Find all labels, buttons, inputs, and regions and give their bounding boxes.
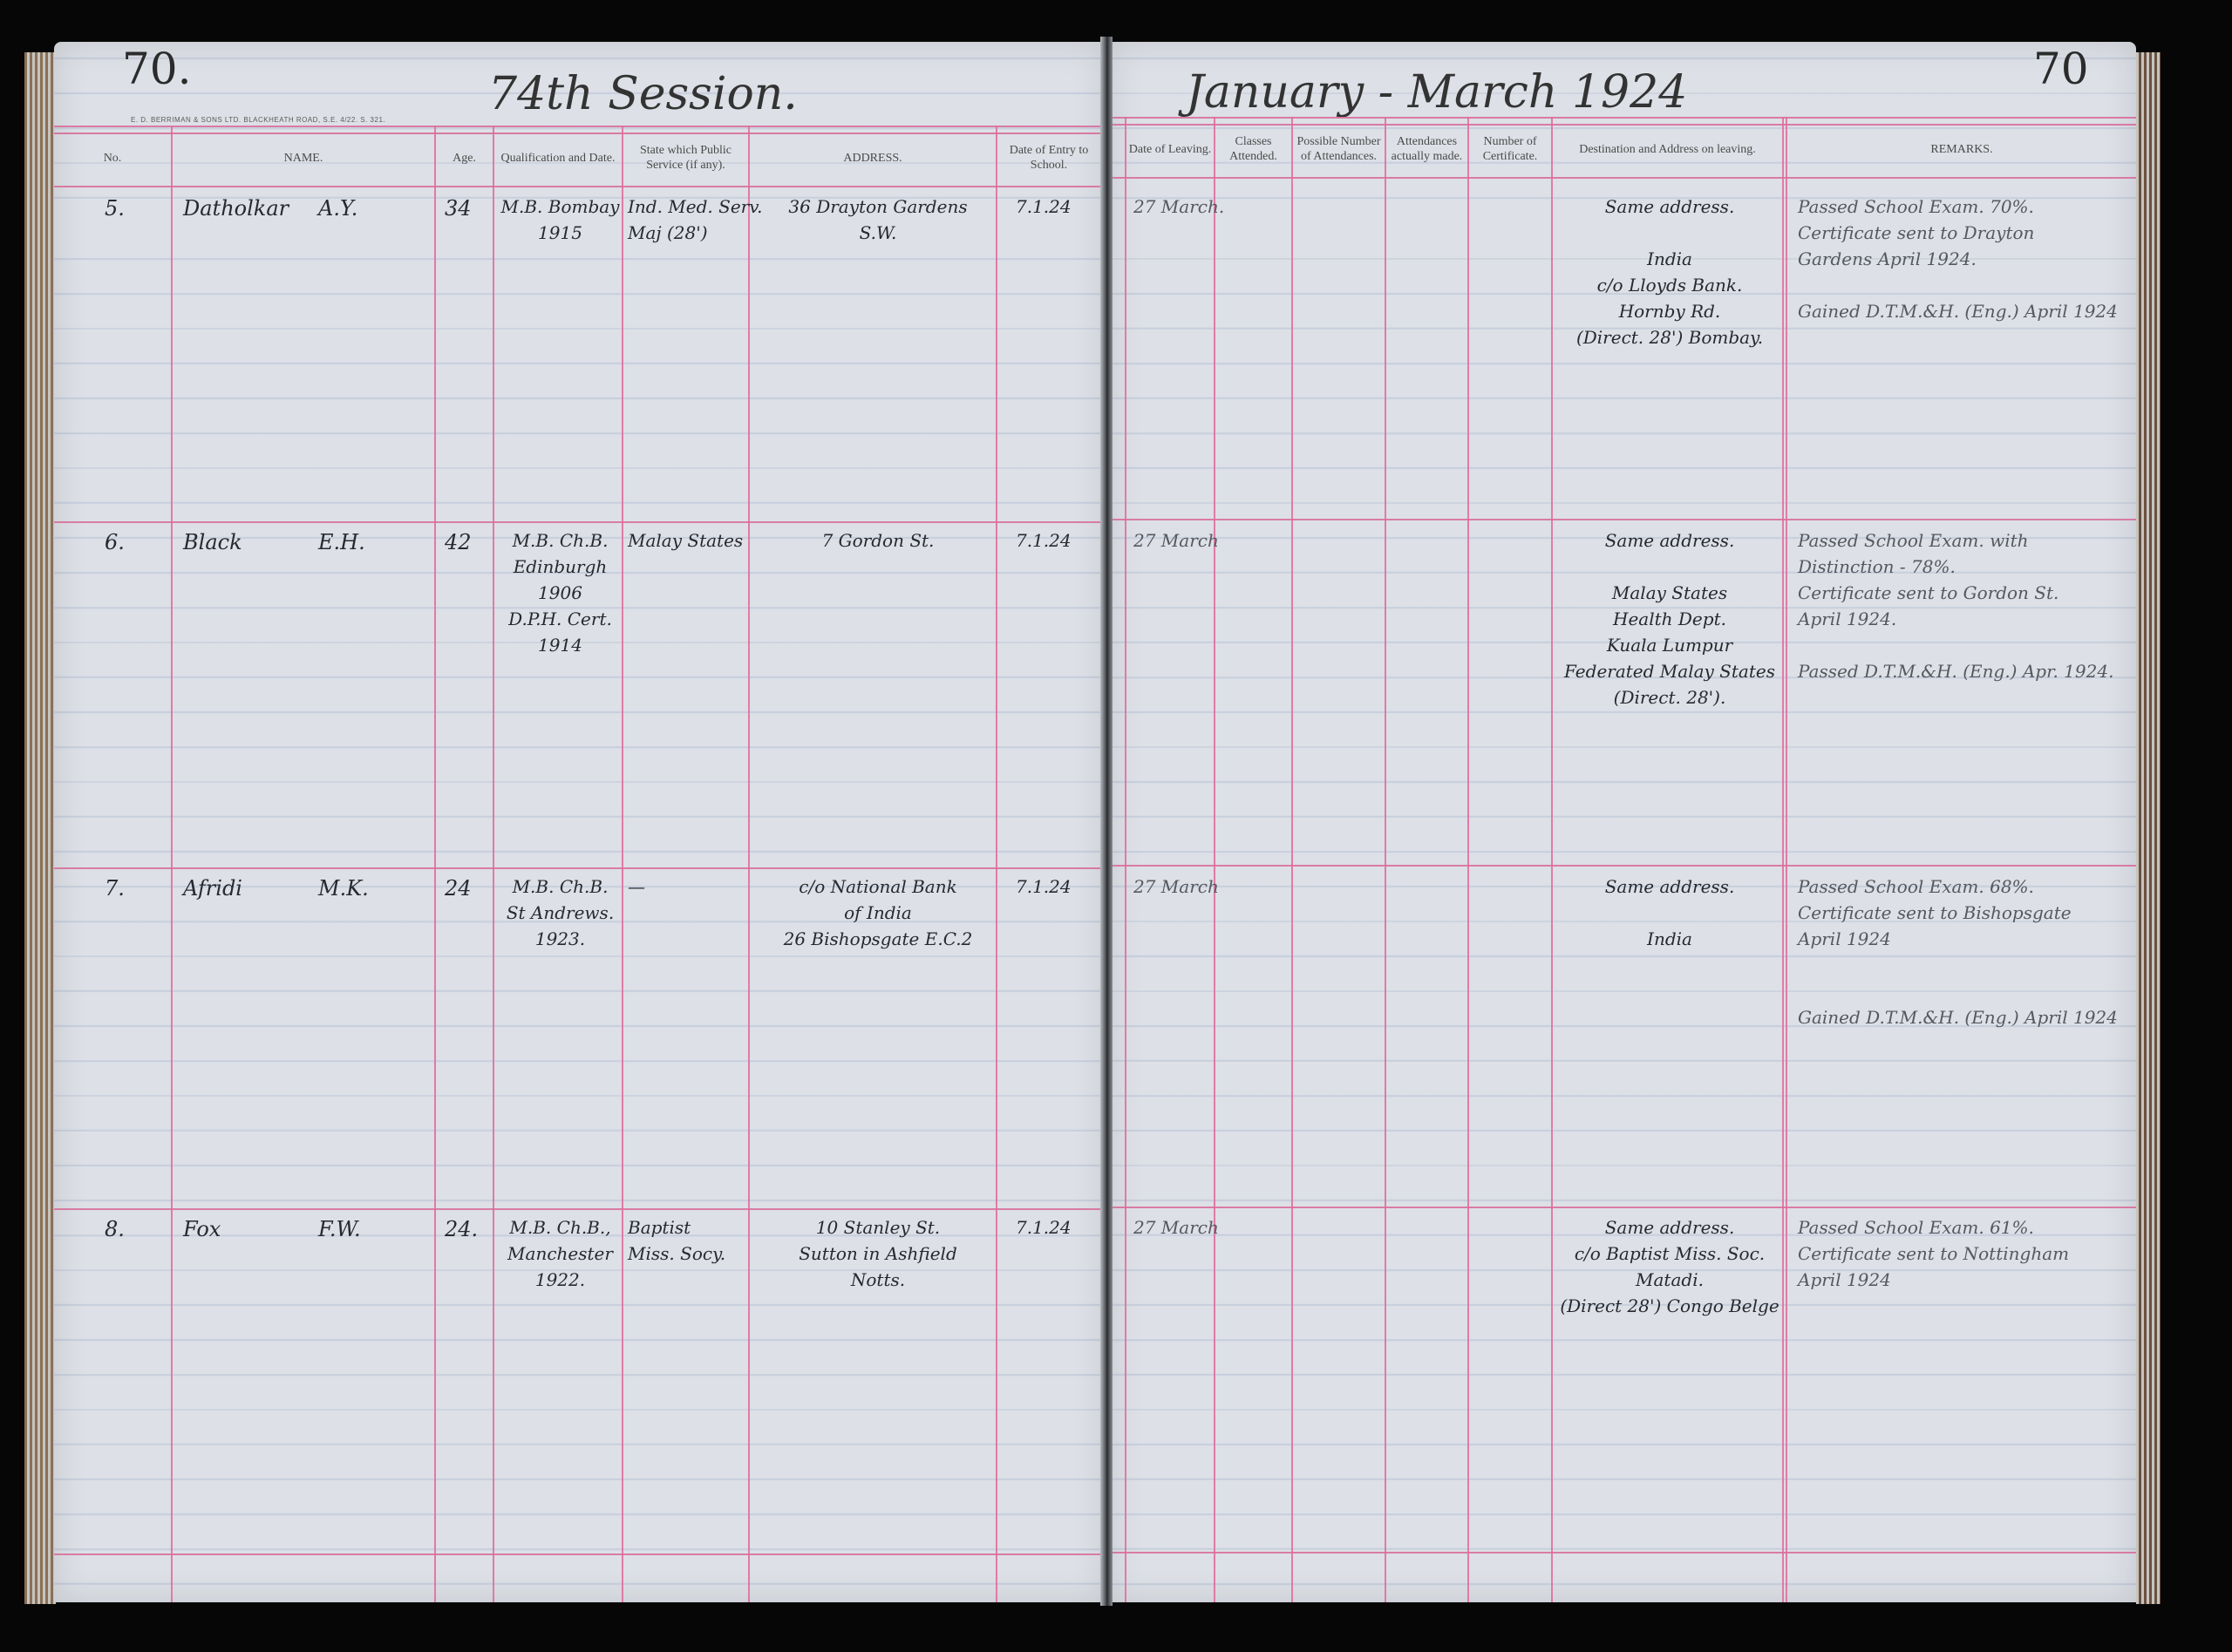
entry-destination: Same address. c/o Baptist Miss. Soc. Mat… <box>1556 1214 1783 1319</box>
row-rule <box>54 521 1100 523</box>
entry-date-leaving: 27 March. <box>1133 194 1214 220</box>
column-rule <box>622 126 623 1602</box>
header-name: NAME. <box>173 131 434 185</box>
column-rule <box>1467 117 1469 1602</box>
entry-address: 36 Drayton Gardens S.W. <box>760 194 996 246</box>
entry-public-service: Malay States <box>628 527 748 554</box>
entry-remarks: Passed School Exam. 70%. Certificate sen… <box>1798 194 2138 324</box>
column-rule <box>434 126 436 1602</box>
column-rule <box>748 126 750 1602</box>
header-remarks: REMARKS. <box>1787 122 2136 176</box>
column-rule <box>1385 117 1386 1602</box>
header-public-service: State which Public Service (if any). <box>623 131 748 185</box>
column-rule <box>1214 117 1215 1602</box>
entry-address: 10 Stanley St. Sutton in Ashfield Notts. <box>760 1214 996 1293</box>
entry-destination: Same address. India c/o Lloyds Bank. Hor… <box>1556 194 1783 350</box>
entry-date-entry: 7.1.24 <box>1016 874 1099 900</box>
column-rule <box>493 126 494 1602</box>
entry-number: 7. <box>105 874 166 903</box>
entry-date-entry: 7.1.24 <box>1016 1214 1099 1241</box>
header-date-entry: Date of Entry to School. <box>997 131 1100 185</box>
entry-initials: F.W. <box>318 1214 432 1244</box>
header-age: Age. <box>436 131 493 185</box>
entry-qualification: M.B. Bombay 1915 <box>497 194 623 246</box>
entry-age: 42 <box>445 527 493 557</box>
entry-remarks: Passed School Exam. with Distinction - 7… <box>1798 527 2138 684</box>
row-rule <box>54 1553 1100 1555</box>
page-edges-right <box>2136 52 2161 1604</box>
entry-destination: Same address. Malay States Health Dept. … <box>1556 527 1783 710</box>
column-rule <box>171 126 173 1602</box>
entry-age: 24 <box>445 874 493 903</box>
entry-destination: Same address. India <box>1556 874 1783 952</box>
left-page <box>54 42 1106 1602</box>
row-rule <box>1113 1552 2136 1553</box>
column-rule <box>1125 117 1126 1602</box>
period-title: January - March 1924 <box>1186 66 1687 119</box>
header-qualification: Qualification and Date. <box>494 131 622 185</box>
entry-remarks: Passed School Exam. 68%. Certificate sen… <box>1798 874 2138 1030</box>
row-rule <box>54 867 1100 869</box>
page-number-right: 70 <box>2033 44 2089 94</box>
header-classes-attended: Classes Attended. <box>1215 122 1291 176</box>
row-rule <box>1113 1207 2136 1208</box>
entry-date-leaving: 27 March <box>1133 1214 1214 1241</box>
entry-qualification: M.B. Ch.B. Edinburgh 1906 D.P.H. Cert. 1… <box>497 527 623 658</box>
entry-date-entry: 7.1.24 <box>1016 527 1099 554</box>
header-destination: Destination and Address on leaving. <box>1553 122 1782 176</box>
header-possible-attendances: Possible Number of Attendances. <box>1293 122 1385 176</box>
entry-public-service: Ind. Med. Serv. Maj (28') <box>628 194 748 246</box>
ledger-book: 70. 70 E. D. BERRIMAN & SONS LTD. BLACKH… <box>0 0 2232 1652</box>
entry-number: 5. <box>105 194 166 223</box>
column-rule <box>996 126 997 1602</box>
entry-age: 34 <box>445 194 493 223</box>
session-title: 74th Session. <box>488 68 798 120</box>
entry-date-entry: 7.1.24 <box>1016 194 1099 220</box>
row-rule <box>54 1208 1100 1210</box>
header-bottom-rule-left <box>54 186 1100 187</box>
column-rule <box>1551 117 1553 1602</box>
header-address: ADDRESS. <box>750 131 996 185</box>
entry-public-service: — <box>628 874 748 900</box>
entry-qualification: M.B. Ch.B. St Andrews. 1923. <box>497 874 623 952</box>
header-no: No. <box>54 131 171 185</box>
page-number-left: 70. <box>122 44 192 94</box>
entry-initials: M.K. <box>318 874 432 903</box>
entry-address: 7 Gordon St. <box>760 527 996 554</box>
header-bottom-rule-right <box>1113 177 2136 179</box>
entry-remarks: Passed School Exam. 61%. Certificate sen… <box>1798 1214 2138 1293</box>
row-rule <box>1113 865 2136 867</box>
entry-age: 24. <box>445 1214 493 1244</box>
entry-number: 8. <box>105 1214 166 1244</box>
entry-surname: Fox <box>183 1214 314 1244</box>
header-date-leaving: Date of Leaving. <box>1126 122 1214 176</box>
entry-date-leaving: 27 March <box>1133 874 1214 900</box>
header-attendances-made: Attendances actually made. <box>1386 122 1467 176</box>
entry-surname: Black <box>183 527 314 557</box>
book-gutter <box>1100 37 1113 1606</box>
entry-public-service: Baptist Miss. Socy. <box>628 1214 748 1267</box>
entry-surname: Afridi <box>183 874 314 903</box>
entry-initials: A.Y. <box>318 194 432 223</box>
entry-address: c/o National Bank of India 26 Bishopsgat… <box>760 874 996 952</box>
entry-qualification: M.B. Ch.B., Manchester 1922. <box>497 1214 623 1293</box>
entry-date-leaving: 27 March <box>1133 527 1214 554</box>
entry-number: 6. <box>105 527 166 557</box>
entry-surname: Datholkar <box>183 194 314 223</box>
printer-imprint: E. D. BERRIMAN & SONS LTD. BLACKHEATH RO… <box>131 116 385 124</box>
row-rule <box>1113 519 2136 520</box>
entry-initials: E.H. <box>318 527 432 557</box>
column-rule <box>1786 117 1787 1602</box>
column-rule <box>1291 117 1293 1602</box>
page-edges-left <box>24 52 56 1604</box>
header-certificate-number: Number of Certificate. <box>1469 122 1551 176</box>
